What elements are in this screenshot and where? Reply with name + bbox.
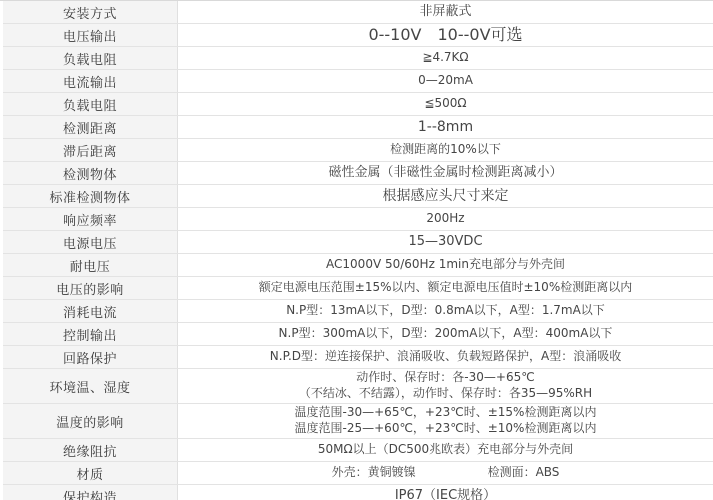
spec-value: 200Hz: [178, 208, 713, 230]
spec-label: 回路保护: [3, 346, 178, 368]
table-row: 负载电阻 ≦500Ω: [3, 93, 713, 116]
table-row: 电源电压 15—30VDC: [3, 231, 713, 254]
spec-label: 安装方式: [3, 1, 178, 23]
spec-value-line: 温度范围-30—+65℃，+23℃时、±15%检测距离以内: [295, 405, 597, 421]
spec-value: 0--10V 10--0V可选: [178, 24, 713, 46]
spec-value: 检测距离的10%以下: [178, 139, 713, 161]
spec-value: IP67（IEC规格）: [178, 485, 713, 500]
spec-value: 15—30VDC: [178, 231, 713, 253]
table-row: 安装方式 非屏蔽式: [3, 1, 713, 24]
spec-label: 环境温、湿度: [3, 369, 178, 403]
table-row: 消耗电流 N.P型：13mA以下，D型：0.8mA以下，A型：1.7mA以下: [3, 300, 713, 323]
spec-value: 50MΩ以上（DC500兆欧表）充电部分与外壳间: [178, 439, 713, 461]
table-row: 控制输出 N.P型：300mA以下，D型：200mA以下，A型：400mA以下: [3, 323, 713, 346]
spec-value-line: 温度范围-25—+60℃，+23℃时、±10%检测距离以内: [295, 421, 597, 437]
spec-value: 非屏蔽式: [178, 1, 713, 23]
spec-label: 标准检测物体: [3, 185, 178, 207]
table-row: 电压输出 0--10V 10--0V可选: [3, 24, 713, 47]
table-row: 检测物体 磁性金属（非磁性金属时检测距离减小）: [3, 162, 713, 185]
spec-label: 耐电压: [3, 254, 178, 276]
spec-label: 绝缘阻抗: [3, 439, 178, 461]
table-row: 负载电阻 ≧4.7KΩ: [3, 47, 713, 70]
spec-label: 检测物体: [3, 162, 178, 184]
spec-label: 保护构造: [3, 485, 178, 500]
spec-value: N.P.D型：逆连接保护、浪涌吸收、负载短路保护，A型：浪涌吸收: [178, 346, 713, 368]
table-row: 耐电压 AC1000V 50/60Hz 1min充电部分与外壳间: [3, 254, 713, 277]
table-row: 绝缘阻抗 50MΩ以上（DC500兆欧表）充电部分与外壳间: [3, 439, 713, 462]
spec-table: 安装方式 非屏蔽式 电压输出 0--10V 10--0V可选 负载电阻 ≧4.7…: [0, 0, 713, 500]
table-row: 响应频率 200Hz: [3, 208, 713, 231]
spec-value: AC1000V 50/60Hz 1min充电部分与外壳间: [178, 254, 713, 276]
spec-label: 电压输出: [3, 24, 178, 46]
spec-label: 负载电阻: [3, 93, 178, 115]
table-row: 滞后距离 检测距离的10%以下: [3, 139, 713, 162]
table-row: 温度的影响 温度范围-30—+65℃，+23℃时、±15%检测距离以内温度范围-…: [3, 404, 713, 439]
spec-value: 温度范围-30—+65℃，+23℃时、±15%检测距离以内温度范围-25—+60…: [178, 404, 713, 438]
spec-value: ≧4.7KΩ: [178, 47, 713, 69]
table-row: 回路保护 N.P.D型：逆连接保护、浪涌吸收、负载短路保护，A型：浪涌吸收: [3, 346, 713, 369]
table-row: 材质 外壳：黄铜镀镍 检测面：ABS: [3, 462, 713, 485]
spec-value: 动作时、保存时：各-30—+65℃（不结冰、不结露），动作时、保存时：各35—9…: [178, 369, 713, 403]
spec-value: 额定电源电压范围±15%以内、额定电源电压值时±10%检测距离以内: [178, 277, 713, 299]
spec-label: 电压的影响: [3, 277, 178, 299]
spec-label: 滞后距离: [3, 139, 178, 161]
table-row: 环境温、湿度 动作时、保存时：各-30—+65℃（不结冰、不结露），动作时、保存…: [3, 369, 713, 404]
spec-label: 电流输出: [3, 70, 178, 92]
spec-value: 1--8mm: [178, 116, 713, 138]
spec-label: 消耗电流: [3, 300, 178, 322]
spec-value: N.P型：13mA以下，D型：0.8mA以下，A型：1.7mA以下: [178, 300, 713, 322]
spec-value: 0—20mA: [178, 70, 713, 92]
spec-label: 材质: [3, 462, 178, 484]
table-row: 检测距离 1--8mm: [3, 116, 713, 139]
spec-label: 控制输出: [3, 323, 178, 345]
spec-value-line: 动作时、保存时：各-30—+65℃: [356, 370, 534, 386]
spec-label: 检测距离: [3, 116, 178, 138]
spec-label: 负载电阻: [3, 47, 178, 69]
table-row: 电压的影响 额定电源电压范围±15%以内、额定电源电压值时±10%检测距离以内: [3, 277, 713, 300]
spec-label: 响应频率: [3, 208, 178, 230]
spec-value: 外壳：黄铜镀镍 检测面：ABS: [178, 462, 713, 484]
table-row: 保护构造 IP67（IEC规格）: [3, 485, 713, 500]
table-row: 电流输出 0—20mA: [3, 70, 713, 93]
spec-value: 磁性金属（非磁性金属时检测距离减小）: [178, 162, 713, 184]
spec-label: 温度的影响: [3, 404, 178, 438]
spec-value: N.P型：300mA以下，D型：200mA以下，A型：400mA以下: [178, 323, 713, 345]
table-row: 标准检测物体 根据感应头尺寸来定: [3, 185, 713, 208]
spec-value: 根据感应头尺寸来定: [178, 185, 713, 207]
spec-value: ≦500Ω: [178, 93, 713, 115]
spec-value-line: （不结冰、不结露），动作时、保存时：各35—95%RH: [299, 386, 592, 402]
spec-label: 电源电压: [3, 231, 178, 253]
